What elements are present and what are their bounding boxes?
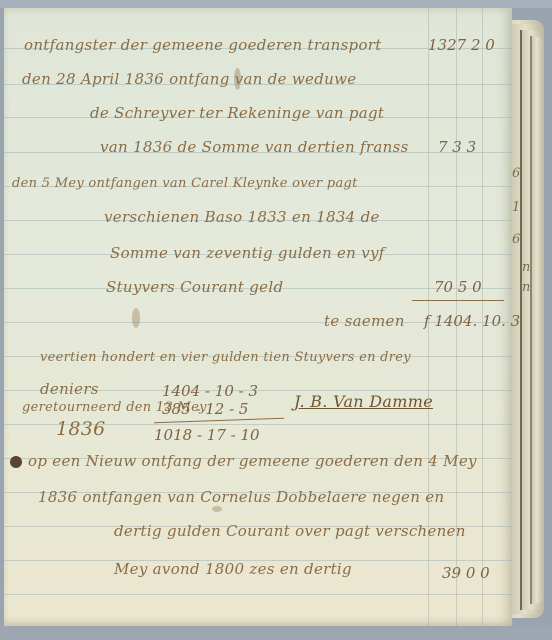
ledger-amount: 7 3 3 (438, 138, 476, 156)
ledger-line: 1836 ontfangen van Cornelus Dobbelaere n… (38, 488, 444, 506)
settlement-row: 385 - 12 - 5 (162, 400, 248, 418)
edge-mark: n (522, 260, 530, 275)
edge-mark: 6 (512, 232, 520, 247)
edge-mark: n (522, 280, 530, 295)
ledger-amount: 1327 2 0 (428, 36, 495, 54)
sum-underline (412, 300, 504, 301)
ledger-line: op een Nieuw ontfang der gemeene goedere… (28, 452, 477, 470)
paper-stain (132, 308, 140, 328)
ink-blot (10, 456, 22, 468)
paper-stain (234, 68, 241, 90)
ledger-line: Mey avond 1800 zes en dertig (114, 560, 352, 578)
ledger-amount: 70 5 0 (434, 278, 482, 296)
paper-stain (212, 506, 222, 512)
background-top (0, 0, 552, 8)
ledger-line: den 5 Mey ontfangen van Carel Kleynke ov… (12, 176, 358, 191)
sum-underline (154, 418, 284, 424)
manuscript-page: ontfangster der gemeene goederen transpo… (4, 8, 512, 626)
ledger-amount: 39 0 0 (442, 564, 490, 582)
ledger-total: f 1404. 10. 3 (424, 312, 520, 330)
background-bottom (0, 626, 552, 640)
ledger-line: te saemen (324, 312, 405, 330)
ledger-line: de Schreyver ter Rekeninge van pagt (90, 104, 384, 122)
page-leaf (530, 36, 544, 604)
ledger-line: veertien hondert en vier gulden tien Stu… (40, 350, 411, 365)
settlement-result: 1018 - 17 - 10 (154, 426, 260, 444)
ledger-line: verschienen Baso 1833 en 1834 de (104, 208, 380, 226)
ruled-line (4, 594, 512, 595)
ledger-line: ontfangster der gemeene goederen transpo… (24, 36, 382, 54)
edge-mark: 6 (512, 166, 520, 181)
settlement-row: 1404 - 10 - 3 (162, 382, 258, 400)
settlement-year: 1836 (56, 418, 106, 440)
signature: J. B. Van Damme (294, 392, 433, 411)
ledger-line: dertig gulden Courant over pagt verschen… (114, 522, 466, 540)
ledger-line: den 28 April 1836 ontfang van de weduwe (22, 70, 356, 88)
ledger-line: Stuyvers Courant geld (106, 278, 283, 296)
settlement-label: deniers (40, 380, 99, 398)
edge-mark: 1 (512, 200, 520, 215)
ledger-line: van 1836 de Somme van dertien franss (100, 138, 409, 156)
ledger-line: Somme van zeventig gulden en vyf (110, 244, 385, 262)
